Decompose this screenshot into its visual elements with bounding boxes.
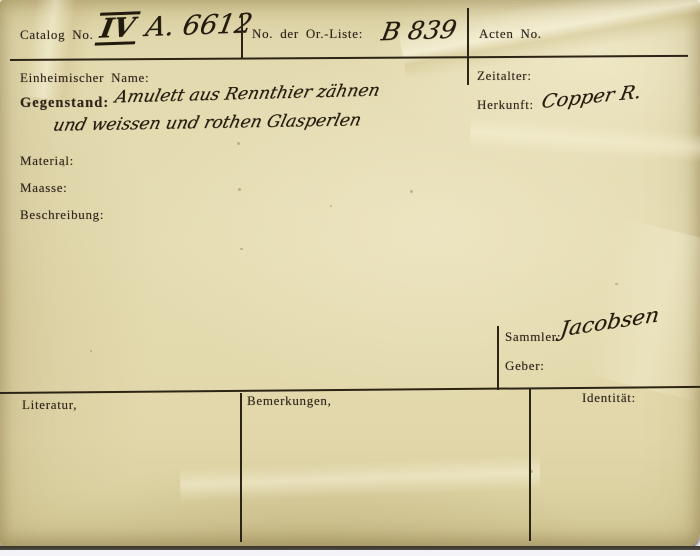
foxing-spot bbox=[238, 188, 241, 191]
beschreibung-label: Beschreibung: bbox=[20, 207, 104, 223]
catalog-no-label: Catalog No. bbox=[20, 27, 94, 43]
herkunft-value: Copper R. bbox=[540, 81, 643, 113]
paper-crease bbox=[23, 0, 98, 104]
roman-numeral: IV bbox=[95, 11, 141, 45]
scanned-catalog-card-page: { "card": { "header": { "catalog_label":… bbox=[0, 0, 700, 556]
foxing-spot bbox=[237, 142, 240, 145]
footer-divider-2 bbox=[529, 388, 531, 541]
einheimischer-name-label: Einheimischer Name: bbox=[20, 70, 149, 86]
catalog-no-value: IV A. 6612 bbox=[95, 7, 255, 45]
header-divider-2 bbox=[467, 8, 469, 85]
geber-label: Geber: bbox=[505, 358, 545, 374]
header-rule bbox=[10, 55, 688, 61]
scanner-background bbox=[0, 550, 700, 556]
gegenstand-value-line2: und weissen und rothen Glasperlen bbox=[51, 110, 363, 135]
foxing-spot bbox=[240, 248, 243, 250]
header-divider-1 bbox=[241, 13, 243, 59]
identitaet-label: Identität: bbox=[582, 390, 636, 406]
footer-divider-1 bbox=[240, 393, 242, 542]
sammler-value: Jacobsen bbox=[559, 303, 661, 342]
paper-crease bbox=[179, 434, 541, 517]
maasse-label: Maasse: bbox=[20, 180, 68, 196]
catalog-card: Catalog No. IV A. 6612 No. der Or.-Liste… bbox=[0, 0, 700, 547]
sammler-label: Sammler: bbox=[505, 329, 561, 345]
sammler-box-divider bbox=[497, 326, 499, 390]
gegenstand-value-line1: Amulett aus Rennthier zähnen bbox=[113, 81, 382, 108]
gegenstand-label: Gegenstand: bbox=[20, 95, 109, 112]
foxing-spot bbox=[615, 283, 618, 285]
orliste-value: B 839 bbox=[379, 15, 459, 47]
orliste-label: No. der Or.-Liste: bbox=[252, 26, 363, 42]
material-label: Material: bbox=[20, 153, 74, 169]
zeitalter-label: Zeitalter: bbox=[477, 68, 532, 84]
paper-crease bbox=[468, 102, 700, 179]
foxing-spot bbox=[330, 205, 332, 207]
herkunft-label: Herkunft: bbox=[477, 97, 534, 113]
foxing-spot bbox=[90, 350, 92, 352]
bemerkungen-label: Bemerkungen, bbox=[247, 393, 332, 409]
literatur-label: Literatur, bbox=[22, 397, 77, 413]
acten-no-label: Acten No. bbox=[479, 26, 542, 42]
foxing-spot bbox=[410, 190, 413, 193]
